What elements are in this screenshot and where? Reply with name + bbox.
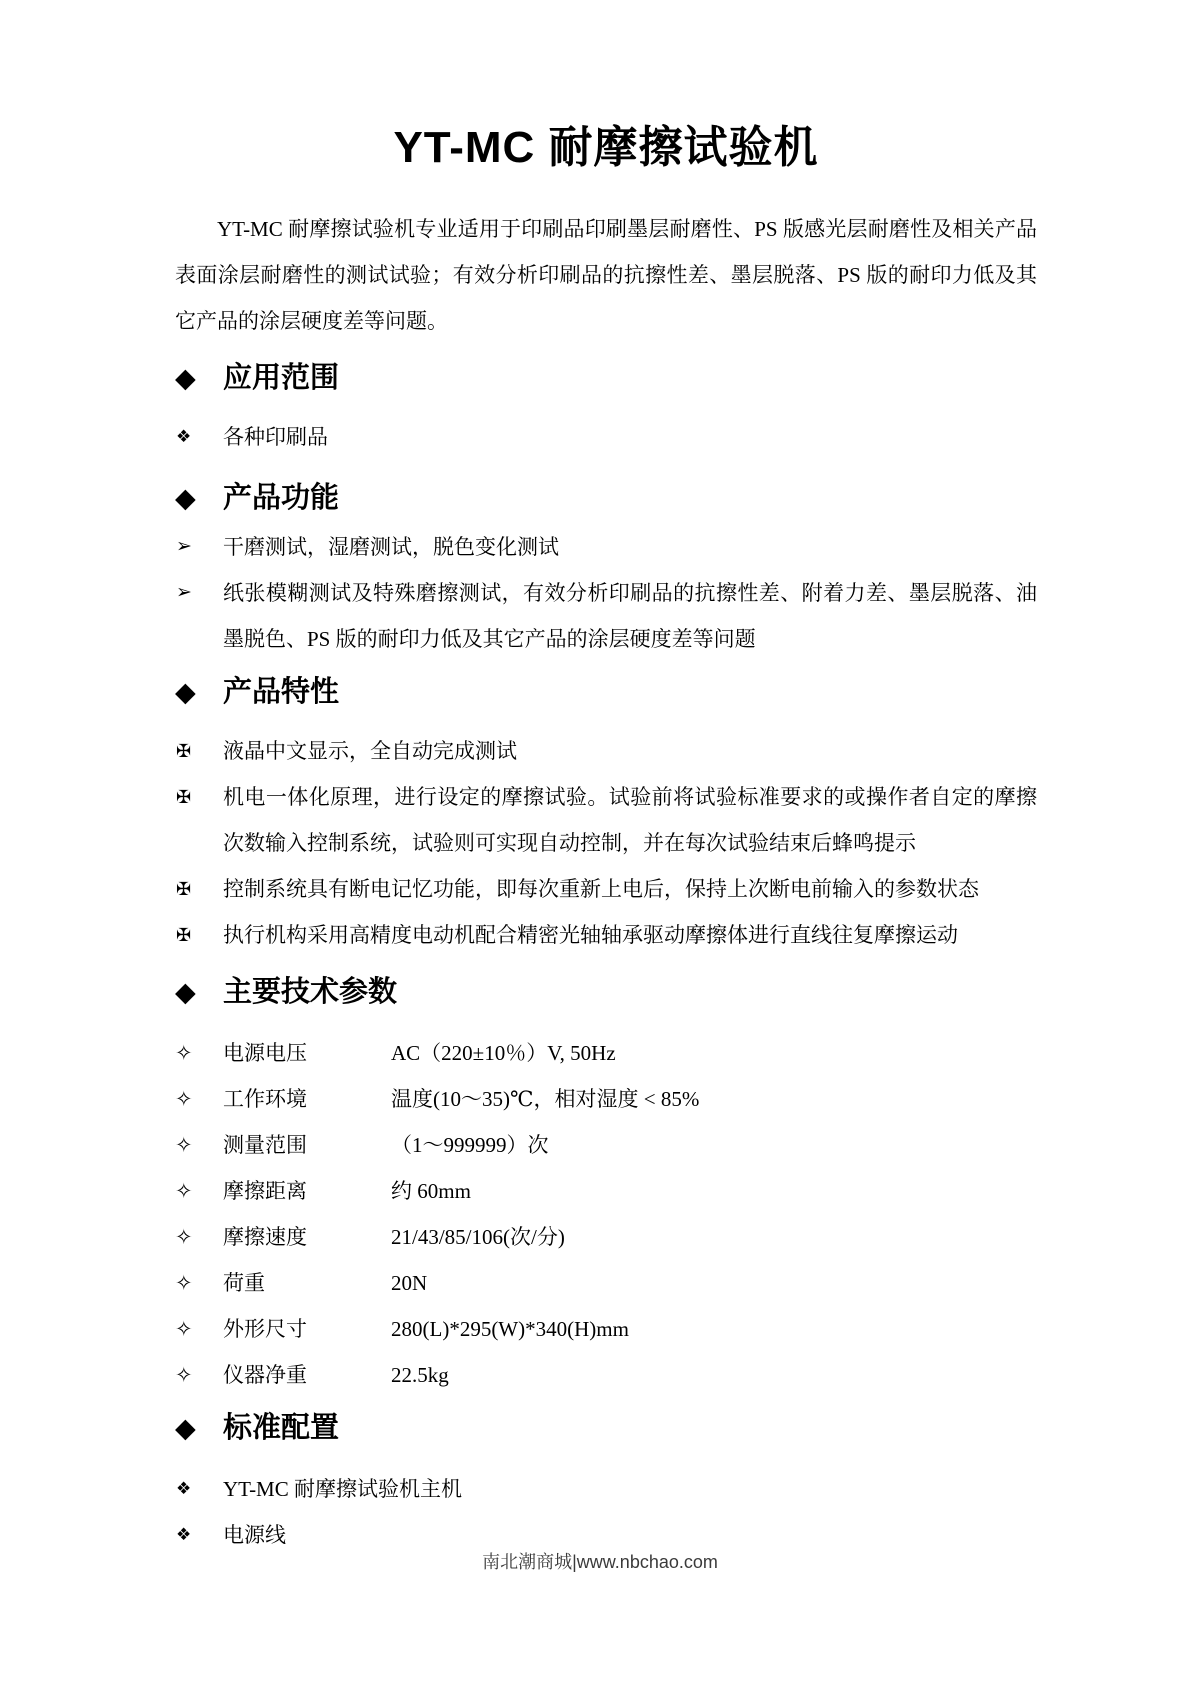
section-title: 产品特性: [223, 668, 339, 716]
star-bullet-icon: ✧: [175, 1076, 223, 1122]
diamond-bullet-icon: ❖: [175, 1466, 223, 1512]
spec-value: 20N: [391, 1260, 1037, 1306]
spec-label: 摩擦速度: [223, 1214, 391, 1260]
spec-row: ✧ 摩擦速度 21/43/85/106(次/分): [175, 1214, 1037, 1260]
arrowhead-bullet-icon: ➢: [175, 524, 223, 570]
maltese-cross-bullet-icon: ✠: [175, 774, 223, 820]
spec-value: 21/43/85/106(次/分): [391, 1214, 1037, 1260]
section-title: 标准配置: [223, 1404, 339, 1452]
list-item-text: YT-MC 耐摩擦试验机主机: [223, 1466, 1037, 1512]
black-diamond-icon: ◆: [175, 354, 223, 402]
star-bullet-icon: ✧: [175, 1306, 223, 1352]
spec-label: 工作环境: [223, 1076, 391, 1122]
list-item: ❖ 各种印刷品: [175, 414, 1037, 460]
black-diamond-icon: ◆: [175, 668, 223, 716]
section-title: 产品功能: [223, 474, 339, 522]
maltese-cross-bullet-icon: ✠: [175, 912, 223, 958]
black-diamond-icon: ◆: [175, 1404, 223, 1452]
star-bullet-icon: ✧: [175, 1352, 223, 1398]
list-item-text: 控制系统具有断电记忆功能，即每次重新上电后，保持上次断电前输入的参数状态: [223, 866, 1037, 912]
black-diamond-icon: ◆: [175, 474, 223, 522]
section-heading-product-functions: ◆ 产品功能: [175, 474, 1037, 522]
spec-row: ✧ 荷重 20N: [175, 1260, 1037, 1306]
spec-value: 280(L)*295(W)*340(H)mm: [391, 1306, 1037, 1352]
spec-row: ✧ 工作环境 温度(10～35)℃，相对湿度 < 85%: [175, 1076, 1037, 1122]
list-item-text: 执行机构采用高精度电动机配合精密光轴轴承驱动摩擦体进行直线往复摩擦运动: [223, 912, 1037, 958]
spec-row: ✧ 摩擦距离 约 60mm: [175, 1168, 1037, 1214]
spec-value: 温度(10～35)℃，相对湿度 < 85%: [391, 1076, 1037, 1122]
technical-parameters-list: ✧ 电源电压 AC（220±10％）V, 50Hz ✧ 工作环境 温度(10～3…: [175, 1030, 1037, 1398]
spec-row: ✧ 电源电压 AC（220±10％）V, 50Hz: [175, 1030, 1037, 1076]
spec-label: 仪器净重: [223, 1352, 391, 1398]
section-title: 主要技术参数: [223, 968, 397, 1016]
section-heading-product-features: ◆ 产品特性: [175, 668, 1037, 716]
section-heading-standard-configuration: ◆ 标准配置: [175, 1404, 1037, 1452]
document-page: YT-MC 耐摩擦试验机 YT-MC 耐摩擦试验机专业适用于印刷品印刷墨层耐磨性…: [0, 0, 1200, 1697]
list-item: ➢ 干磨测试，湿磨测试，脱色变化测试: [175, 524, 1037, 570]
page-title: YT-MC 耐摩擦试验机: [175, 0, 1037, 178]
standard-configuration-list: ❖ YT-MC 耐摩擦试验机主机 ❖ 电源线: [175, 1466, 1037, 1558]
spec-value: 22.5kg: [391, 1352, 1037, 1398]
list-item: ✠ 液晶中文显示，全自动完成测试: [175, 728, 1037, 774]
spec-label: 外形尺寸: [223, 1306, 391, 1352]
star-bullet-icon: ✧: [175, 1122, 223, 1168]
maltese-cross-bullet-icon: ✠: [175, 866, 223, 912]
section-title: 应用范围: [223, 354, 339, 402]
maltese-cross-bullet-icon: ✠: [175, 728, 223, 774]
star-bullet-icon: ✧: [175, 1260, 223, 1306]
spec-value: （1～999999）次: [391, 1122, 1037, 1168]
section-heading-application-scope: ◆ 应用范围: [175, 354, 1037, 402]
list-item-text: 纸张模糊测试及特殊磨擦测试，有效分析印刷品的抗擦性差、附着力差、墨层脱落、油墨脱…: [223, 570, 1037, 662]
spec-row: ✧ 测量范围 （1～999999）次: [175, 1122, 1037, 1168]
product-features-list: ✠ 液晶中文显示，全自动完成测试 ✠ 机电一体化原理，进行设定的摩擦试验。试验前…: [175, 728, 1037, 958]
arrowhead-bullet-icon: ➢: [175, 570, 223, 616]
diamond-bullet-icon: ❖: [175, 414, 223, 460]
list-item-text: 干磨测试，湿磨测试，脱色变化测试: [223, 524, 1037, 570]
list-item-text: 各种印刷品: [223, 414, 1037, 460]
application-scope-list: ❖ 各种印刷品: [175, 414, 1037, 460]
footer: 南北潮商城|www.nbchao.com: [0, 1548, 1200, 1574]
intro-paragraph: YT-MC 耐摩擦试验机专业适用于印刷品印刷墨层耐磨性、PS 版感光层耐磨性及相…: [175, 206, 1037, 344]
list-item-text: 液晶中文显示，全自动完成测试: [223, 728, 1037, 774]
star-bullet-icon: ✧: [175, 1214, 223, 1260]
section-heading-technical-parameters: ◆ 主要技术参数: [175, 968, 1037, 1016]
list-item: ➢ 纸张模糊测试及特殊磨擦测试，有效分析印刷品的抗擦性差、附着力差、墨层脱落、油…: [175, 570, 1037, 662]
spec-value: 约 60mm: [391, 1168, 1037, 1214]
list-item: ✠ 控制系统具有断电记忆功能，即每次重新上电后，保持上次断电前输入的参数状态: [175, 866, 1037, 912]
spec-label: 荷重: [223, 1260, 391, 1306]
spec-label: 电源电压: [223, 1030, 391, 1076]
spec-label: 测量范围: [223, 1122, 391, 1168]
product-functions-list: ➢ 干磨测试，湿磨测试，脱色变化测试 ➢ 纸张模糊测试及特殊磨擦测试，有效分析印…: [175, 524, 1037, 662]
spec-label: 摩擦距离: [223, 1168, 391, 1214]
list-item: ✠ 机电一体化原理，进行设定的摩擦试验。试验前将试验标准要求的或操作者自定的摩擦…: [175, 774, 1037, 866]
star-bullet-icon: ✧: [175, 1168, 223, 1214]
list-item: ❖ YT-MC 耐摩擦试验机主机: [175, 1466, 1037, 1512]
spec-row: ✧ 仪器净重 22.5kg: [175, 1352, 1037, 1398]
footer-text: 南北潮商城|www.nbchao.com: [482, 1552, 718, 1572]
black-diamond-icon: ◆: [175, 968, 223, 1016]
star-bullet-icon: ✧: [175, 1030, 223, 1076]
list-item: ✠ 执行机构采用高精度电动机配合精密光轴轴承驱动摩擦体进行直线往复摩擦运动: [175, 912, 1037, 958]
list-item-text: 机电一体化原理，进行设定的摩擦试验。试验前将试验标准要求的或操作者自定的摩擦次数…: [223, 774, 1037, 866]
spec-value: AC（220±10％）V, 50Hz: [391, 1030, 1037, 1076]
spec-row: ✧ 外形尺寸 280(L)*295(W)*340(H)mm: [175, 1306, 1037, 1352]
